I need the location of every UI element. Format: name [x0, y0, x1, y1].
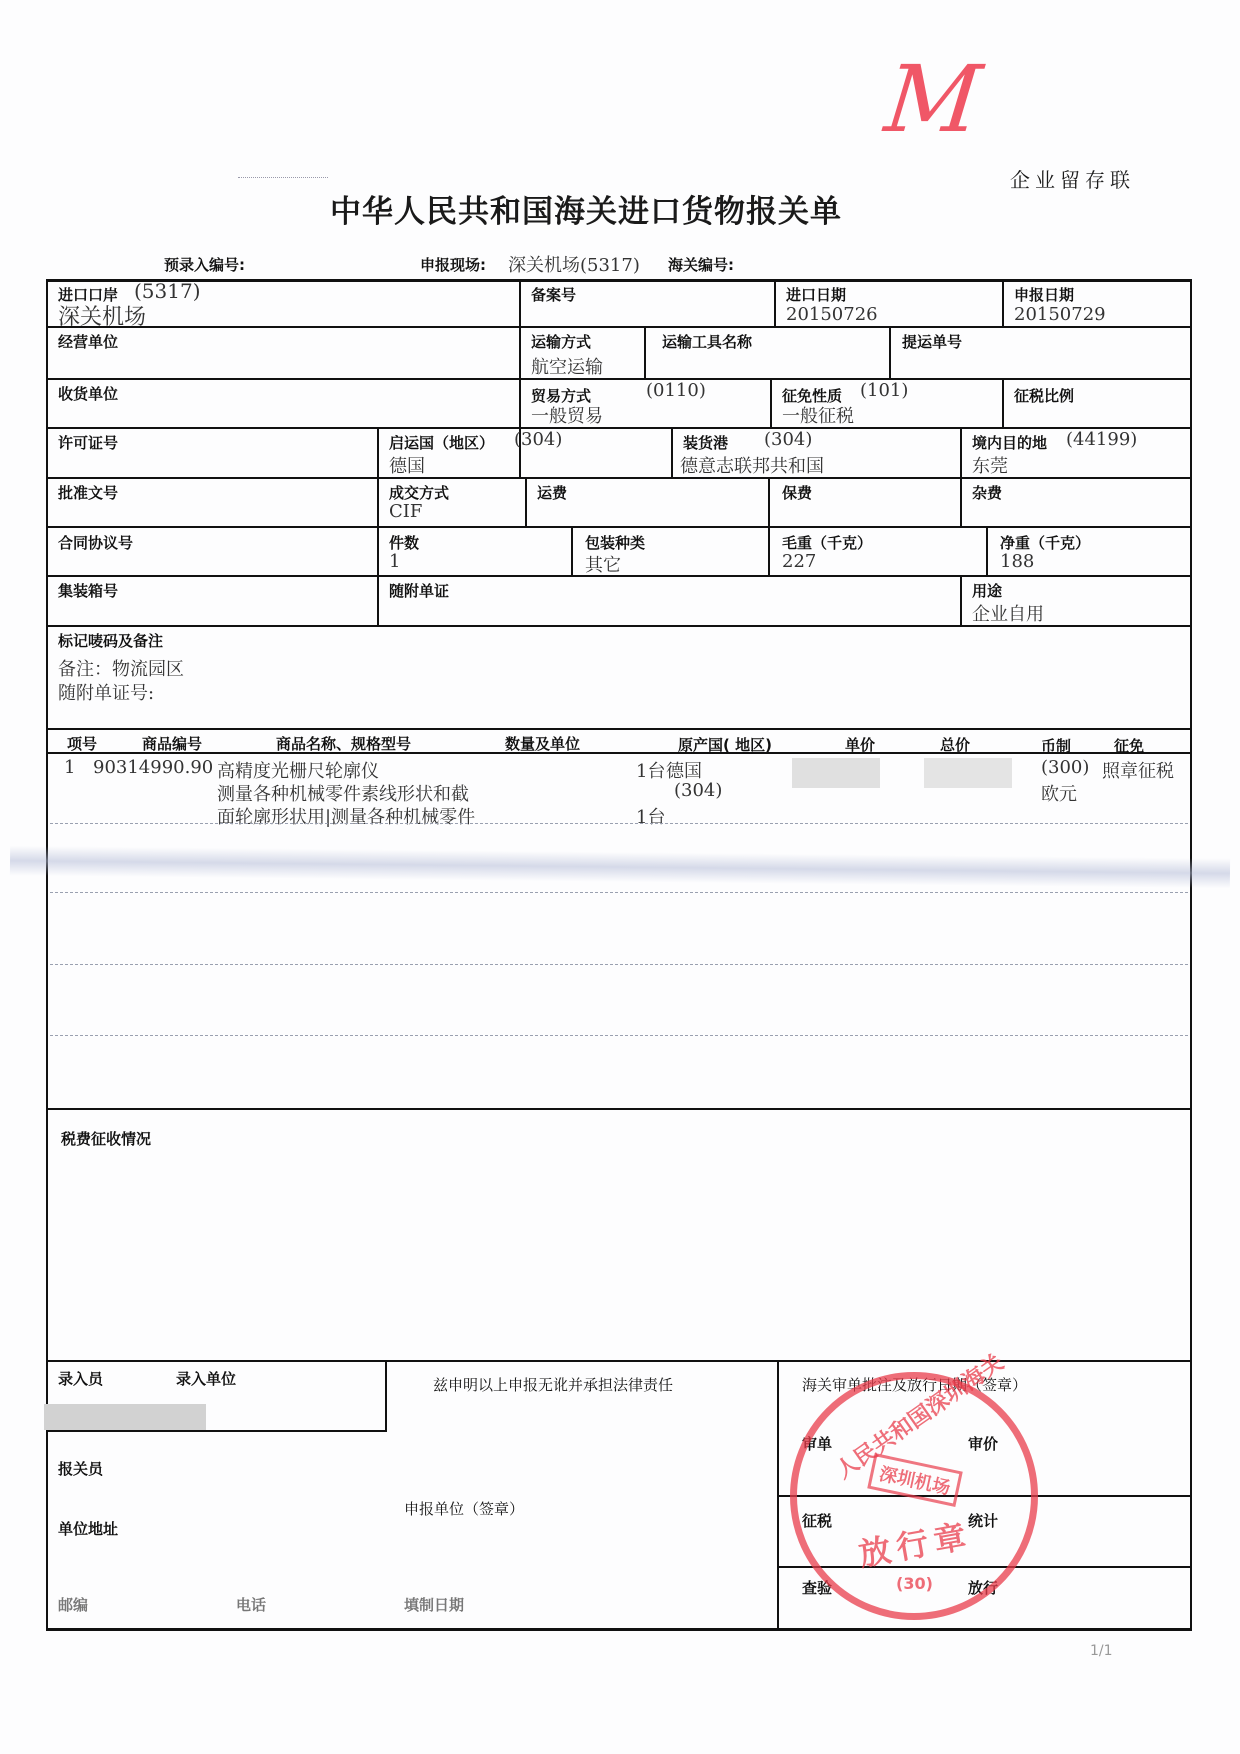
- col-total-price: 总价: [940, 734, 970, 755]
- col-qty: 数量及单位: [505, 733, 580, 754]
- insurance-label: 保费: [782, 482, 812, 503]
- page-indicator: 1/1: [1090, 1643, 1113, 1659]
- col-unit-price: 单价: [845, 734, 875, 755]
- package-type-label: 包装种类: [585, 532, 645, 553]
- transport-mode-label: 运输方式: [531, 331, 591, 352]
- customs-no-label: 海关编号:: [668, 254, 734, 275]
- attached-docs-label: 随附单证: [389, 580, 449, 601]
- destination-value: 东莞: [972, 452, 1008, 478]
- origin-code: (304): [674, 780, 722, 801]
- marks-label: 标记唛码及备注: [58, 630, 163, 651]
- net-weight-label: 净重（千克）: [1000, 532, 1090, 553]
- import-date-value: 20150726: [786, 304, 878, 325]
- unit-price-redacted: [792, 758, 880, 788]
- loading-port-label: 装货港: [683, 432, 728, 453]
- total-price-redacted: [924, 758, 1012, 788]
- declaration-text: 兹申明以上申报无讹并承担法律责任: [433, 1374, 673, 1395]
- net-weight-value: 188: [1000, 551, 1034, 572]
- packages-label: 件数: [389, 532, 419, 553]
- origin-country-code: (304): [514, 429, 562, 450]
- qty-line1: 1台: [636, 757, 665, 783]
- declare-site-value: 深关机场(5317): [508, 251, 640, 277]
- import-date-label: 进口日期: [786, 284, 846, 305]
- red-m-stamp: M: [880, 46, 985, 153]
- goods-name-line3: 面轮廓形状用|测量各种机械零件: [217, 803, 475, 829]
- entry-unit-label: 录入单位: [176, 1368, 236, 1389]
- freight-label: 运费: [537, 482, 567, 503]
- dotted-mark: [238, 177, 328, 178]
- approval-no-label: 批准文号: [58, 482, 118, 503]
- transport-mode-value: 航空运输: [531, 353, 603, 379]
- destination-code: (44199): [1066, 429, 1137, 450]
- import-port-value: 深关机场: [58, 300, 146, 331]
- page-title: 中华人民共和国海关进口货物报关单: [330, 186, 842, 231]
- col-levy: 征免: [1114, 735, 1144, 756]
- package-type-value: 其它: [585, 551, 621, 577]
- levy-nature-code: (101): [860, 380, 908, 401]
- pre-entry-no-label: 预录入编号:: [164, 254, 245, 275]
- packages-value: 1: [389, 551, 400, 572]
- declarant-label: 报关员: [58, 1458, 103, 1479]
- currency-code: (300): [1041, 757, 1089, 778]
- trade-mode-code: (0110): [646, 380, 706, 401]
- col-hs-code: 商品编号: [142, 733, 202, 754]
- hs-code: 90314990.90: [93, 757, 213, 778]
- bill-of-lading-label: 提运单号: [902, 331, 962, 352]
- misc-fee-label: 杂费: [972, 482, 1002, 503]
- fill-date-label: 填制日期: [404, 1594, 464, 1615]
- declare-date-value: 20150729: [1014, 304, 1106, 325]
- postcode-label: 邮编: [58, 1594, 88, 1615]
- trade-mode-value: 一般贸易: [531, 402, 603, 428]
- declare-site-label: 申报现场:: [420, 254, 486, 275]
- deal-mode-value: CIF: [389, 501, 422, 522]
- seal-code: (30): [896, 1574, 933, 1593]
- col-item-no: 项号: [67, 733, 97, 754]
- operating-unit-label: 经营单位: [58, 331, 118, 352]
- levy-nature-value: 一般征税: [782, 402, 854, 428]
- usage-label: 用途: [972, 580, 1002, 601]
- origin-country-value: 德国: [389, 452, 425, 478]
- item-no: 1: [64, 757, 75, 778]
- levy-ratio-label: 征税比例: [1014, 385, 1074, 406]
- origin-country-label: 启运国（地区）: [389, 432, 494, 453]
- loading-port-code: (304): [764, 429, 812, 450]
- marks-remark: 备注：物流园区: [58, 655, 184, 681]
- entry-clerk-label: 录入员: [58, 1368, 103, 1389]
- phone-label: 电话: [236, 1594, 266, 1615]
- tax-section-label: 税费征收情况: [61, 1128, 151, 1149]
- unit-address-label: 单位地址: [58, 1518, 118, 1539]
- paper-crease: [10, 846, 1230, 889]
- transport-tool-label: 运输工具名称: [662, 331, 752, 352]
- contract-no-label: 合同协议号: [58, 532, 133, 553]
- container-no-label: 集装箱号: [58, 580, 118, 601]
- loading-port-value: 德意志联邦共和国: [680, 452, 824, 478]
- col-name: 商品名称、规格型号: [276, 733, 411, 754]
- declare-date-label: 申报日期: [1014, 284, 1074, 305]
- usage-value: 企业自用: [972, 600, 1044, 626]
- record-no-label: 备案号: [531, 284, 576, 305]
- consignee-label: 收货单位: [58, 383, 118, 404]
- entry-redacted: [44, 1404, 206, 1430]
- declaring-unit-label: 申报单位（签章）: [404, 1498, 524, 1519]
- qty-line3: 1台: [636, 803, 665, 829]
- col-origin: 原产国( 地区): [678, 734, 772, 755]
- levy-value: 照章征税: [1102, 757, 1174, 783]
- gross-weight-label: 毛重（千克）: [782, 532, 872, 553]
- copy-label: 企业留存联: [1010, 164, 1135, 193]
- deal-mode-label: 成交方式: [389, 482, 449, 503]
- marks-attached-no: 随附单证号:: [58, 679, 154, 705]
- license-no-label: 许可证号: [58, 432, 118, 453]
- currency-name: 欧元: [1041, 780, 1077, 806]
- destination-label: 境内目的地: [972, 432, 1047, 453]
- col-currency: 币制: [1041, 735, 1071, 756]
- gross-weight-value: 227: [782, 551, 816, 572]
